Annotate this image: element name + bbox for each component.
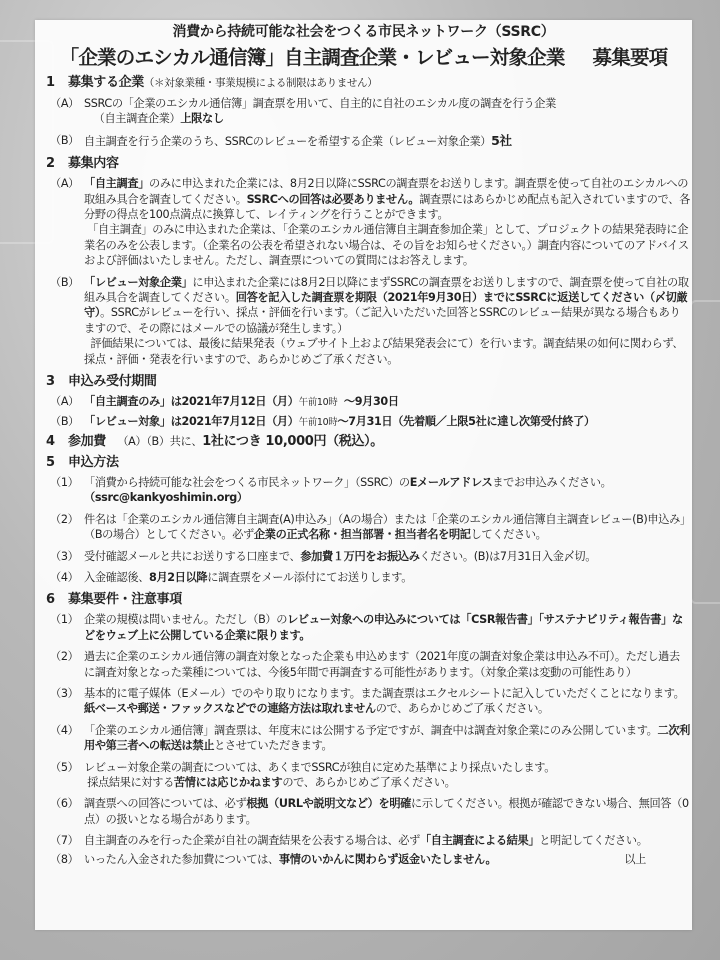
section-title: 申込み受付期間 [68,374,157,389]
item-text: 自主調査のみを行った企業が自社の調査結果を公表する場合は、必ず「自主調査による結… [84,833,690,848]
text: に調査票をメール添付にてお送りします。 [207,571,412,584]
item-text: 「自主調査のみ」は2021年7月12日（月）午前10時 〜9月30日 [84,394,690,410]
item-label: （4） [50,723,84,754]
text: 。SSRCがレビューを行い、採点・評価を行います。（ご記入いただいた回答とSSR… [84,306,680,334]
bold-text: 〜7月31日（先着順／上限5社に達し次第受付終了） [337,415,594,428]
text: までお申込みください。 [492,476,611,489]
item-label: （B） [50,133,84,149]
bold-text: Eメールアドレス [410,476,493,489]
document-title: 「企業のエシカル通信簿」自主調査企業・レビュー対象企業募集要項 [35,42,692,70]
text: いったん入金された参加費については、 [84,853,279,866]
item-text: 入金確認後、8月2日以降に調査票をメール添付にてお送りします。 [84,570,690,585]
text: ので、あらかじめご了承ください。 [376,702,549,715]
text: レビュー対象企業の調査については、あくまでSSRCが独自に定めた基準により採点い… [84,761,555,774]
small-text: 午前10時 [299,397,338,408]
section-number: 1 [46,74,68,91]
item-text: 受付確認メールと共にお送りする口座まで、参加費１万円をお振込みください。(B)は… [84,549,690,564]
bold-text: 「自主調査のみ」は2021年7月12日（月） [84,395,299,408]
section-2-item-a: （A） 「自主調査」のみに申込まれた企業には、8月2日以降にSSRCの調査票をお… [50,176,690,268]
bold-text: 5社 [491,133,512,148]
item-label: （4） [50,570,84,585]
email-link[interactable]: （ssrc@kankyoshimin.org） [84,491,248,504]
document-header: 消費から持続可能な社会をつくる市民ネットワーク（SSRC） 「企業のエシカル通信… [35,21,692,70]
text: 基本的に電子媒体（Eメール）でのやり取りになります。また調査票はエクセルシートに… [84,687,685,700]
section-2-item-b: （B） 「レビュー対象企業」に申込まれた企業には8月2日以降にまずSSRCの調査… [50,275,690,367]
organization-name: 消費から持続可能な社会をつくる市民ネットワーク（SSRC） [35,21,692,41]
item-text: 自主調査を行う企業のうち、SSRCのレビューを希望する企業（レビュー対象企業）5… [84,133,690,149]
section-number: 4 [46,433,68,450]
bold-text: 紙ベースや郵送・ファックスなどでの連絡方法は取れません [84,702,376,715]
text: 「消費から持続可能な社会をつくる市民ネットワーク」（SSRC）の [84,476,410,489]
section-6-heading: 6募集要件・注意事項 [46,591,690,608]
text: 採点結果に対する [87,776,174,789]
document-panel: 消費から持続可能な社会をつくる市民ネットワーク（SSRC） 「企業のエシカル通信… [35,20,692,930]
item-label: （1） [50,612,84,643]
item-label: （A） [50,176,84,268]
item-text: 「レビュー対象」は2021年7月12日（月）午前10時〜7月31日（先着順／上限… [84,414,690,430]
text: とさせていただきます。 [214,739,332,752]
section-5-item-1: （1） 「消費から持続可能な社会をつくる市民ネットワーク」（SSRC）のEメール… [50,475,690,506]
text: 評価結果については、最後に結果発表（ウェブサイト上および結果発表会にて）を行いま… [84,337,683,365]
section-1-item-a: （A） SSRCの「企業のエシカル通信簿」調査票を用いて、自主的に自社のエシカル… [50,96,690,127]
item-label: （3） [50,549,84,564]
text: 調査票への回答については、必ず [84,797,246,810]
item-label: （5） [50,760,84,791]
section-number: 5 [46,454,68,471]
section-6-item-7: （7） 自主調査のみを行った企業が自社の調査結果を公表する場合は、必ず「自主調査… [50,833,690,848]
bold-text: 「自主調査による結果」 [420,834,539,847]
text: （A）（B）共に、 [117,435,202,448]
text: 「企業のエシカル通信簿」調査票は、年度末には公開する予定ですが、調査中は調査対象… [84,724,658,737]
section-3-item-a: （A） 「自主調査のみ」は2021年7月12日（月）午前10時 〜9月30日 [50,394,690,410]
section-6-item-6: （6） 調査票への回答については、必ず根拠（URLや説明文など）を明確に示してく… [50,796,690,827]
section-1-item-b: （B） 自主調査を行う企業のうち、SSRCのレビューを希望する企業（レビュー対象… [50,133,690,149]
item-text: 基本的に電子媒体（Eメール）でのやり取りになります。また調査票はエクセルシートに… [84,686,690,717]
section-6-item-2: （2） 過去に企業のエシカル通信簿の調査対象となった企業も申込めます（2021年… [50,649,690,680]
item-text: レビュー対象企業の調査については、あくまでSSRCが独自に定めた基準により採点い… [84,760,690,791]
item-label: （6） [50,796,84,827]
background-decoration [690,300,720,604]
bold-text: 8月2日以降 [149,571,207,584]
section-number: 2 [46,155,68,172]
item-label: （8） [50,852,84,867]
section-title: 申込方法 [68,455,119,470]
section-3-heading: 3申込み受付期間 [46,373,690,390]
bold-text: 苦情には応じかねます [174,776,282,789]
item-text: いったん入金された参加費については、事情のいかんに関わらず返金いたしません。以上 [84,852,690,867]
section-6-item-8: （8） いったん入金された参加費については、事情のいかんに関わらず返金いたしませ… [50,852,690,867]
section-5-item-4: （4） 入金確認後、8月2日以降に調査票をメール添付にてお送りします。 [50,570,690,585]
item-text: 「自主調査」のみに申込まれた企業には、8月2日以降にSSRCの調査票をお送りしま… [84,176,690,268]
text: 自主調査のみを行った企業が自社の調査結果を公表する場合は、必ず [84,834,420,847]
item-text: 件名は「企業のエシカル通信簿自主調査(A)申込み」（Aの場合）または「企業のエシ… [84,512,690,543]
section-title: 募集内容 [68,156,119,171]
item-text: 「レビュー対象企業」に申込まれた企業には8月2日以降にまずSSRCの調査票をお送… [84,275,690,367]
text: 入金確認後、 [84,571,149,584]
section-note: （＊対象業種・事業規模による制限はありません） [144,77,377,89]
section-1-heading: 1募集する企業（＊対象業種・事業規模による制限はありません） [46,74,690,92]
text: 受付確認メールと共にお送りする口座まで、 [84,550,300,563]
item-text: SSRCの「企業のエシカル通信簿」調査票を用いて、自主的に自社のエシカル度の調査… [84,96,690,127]
item-label: （A） [50,394,84,410]
item-text: 企業の規模は問いません。ただし（B）のレビュー対象への申込みについては「CSR報… [84,612,690,643]
text: SSRCの「企業のエシカル通信簿」調査票を用いて、自主的に自社のエシカル度の調査… [84,97,556,110]
item-text: 過去に企業のエシカル通信簿の調査対象となった企業も申込めます（2021年度の調査… [84,649,690,680]
section-6-item-4: （4） 「企業のエシカル通信簿」調査票は、年度末には公開する予定ですが、調査中は… [50,723,690,754]
bold-text: 上限なし [180,112,223,125]
section-5-item-2: （2） 件名は「企業のエシカル通信簿自主調査(A)申込み」（Aの場合）または「企… [50,512,690,543]
bold-text: 企業の正式名称・担当部署・担当者名を明記 [254,528,471,541]
section-title: 参加費 [68,434,106,449]
text: と明記してください。 [539,834,647,847]
section-4-fee: 4参加費 （A）（B）共に、1社につき 10,000円（税込）。 [46,433,690,450]
section-2-heading: 2募集内容 [46,155,690,172]
text: 「自主調査」のみに申込まれた企業は、「企業のエシカル通信簿自主調査参加企業」とし… [84,223,689,267]
closing-mark: 以上 [624,852,646,867]
section-number: 6 [46,591,68,608]
section-3-item-b: （B） 「レビュー対象」は2021年7月12日（月）午前10時〜7月31日（先着… [50,414,690,430]
text: してください。 [471,528,547,541]
item-label: （3） [50,686,84,717]
bold-text: 参加費１万円をお振込み [300,550,419,563]
title-main: 「企業のエシカル通信簿」自主調査企業・レビュー対象企業 [60,46,565,69]
bold-text: SSRCへの回答は必要ありません。 [247,193,420,206]
section-5-item-3: （3） 受付確認メールと共にお送りする口座まで、参加費１万円をお振込みください。… [50,549,690,564]
item-label: （2） [50,649,84,680]
bold-text: 「レビュー対象」は2021年7月12日（月） [84,415,299,428]
small-text: 午前10時 [299,417,338,428]
bold-text: 根拠（URLや説明文など）を明確 [246,797,411,810]
section-number: 3 [46,373,68,390]
bold-text: 「レビュー対象企業」 [84,276,192,289]
title-suffix: 募集要項 [593,46,668,69]
section-6-item-3: （3） 基本的に電子媒体（Eメール）でのやり取りになります。また調査票はエクセル… [50,686,690,717]
section-6-item-1: （1） 企業の規模は問いません。ただし（B）のレビュー対象への申込みについては「… [50,612,690,643]
item-label: （7） [50,833,84,848]
section-title: 募集する企業 [68,75,144,90]
section-5-heading: 5申込方法 [46,454,690,471]
bold-text: 〜9月30日 [344,395,399,408]
item-label: （A） [50,96,84,127]
text: 企業の規模は問いません。ただし（B）の [84,613,287,626]
item-label: （2） [50,512,84,543]
item-label: （1） [50,475,84,506]
bold-text: 「自主調査」 [84,177,149,190]
bold-text: 事情のいかんに関わらず返金いたしません。 [279,853,496,866]
text: ので、あらかじめご了承ください。 [282,776,455,789]
section-title: 募集要件・注意事項 [68,592,182,607]
fee-amount: 1社につき 10,000円（税込）。 [202,434,383,449]
item-label: （B） [50,275,84,367]
document-body: 1募集する企業（＊対象業種・事業規模による制限はありません） （A） SSRCの… [50,72,690,870]
text: 自主調査を行う企業のうち、SSRCのレビューを希望する企業（レビュー対象企業） [84,135,491,148]
item-text: 「企業のエシカル通信簿」調査票は、年度末には公開する予定ですが、調査中は調査対象… [84,723,690,754]
item-text: 調査票への回答については、必ず根拠（URLや説明文など）を明確に示してください。… [84,796,690,827]
item-label: （B） [50,414,84,430]
section-6-item-5: （5） レビュー対象企業の調査については、あくまでSSRCが独自に定めた基準によ… [50,760,690,791]
text: （自主調査企業） [94,112,181,125]
text: ください。(B)は7月31日入金〆切。 [420,550,597,563]
item-text: 「消費から持続可能な社会をつくる市民ネットワーク」（SSRC）のEメールアドレス… [84,475,690,506]
